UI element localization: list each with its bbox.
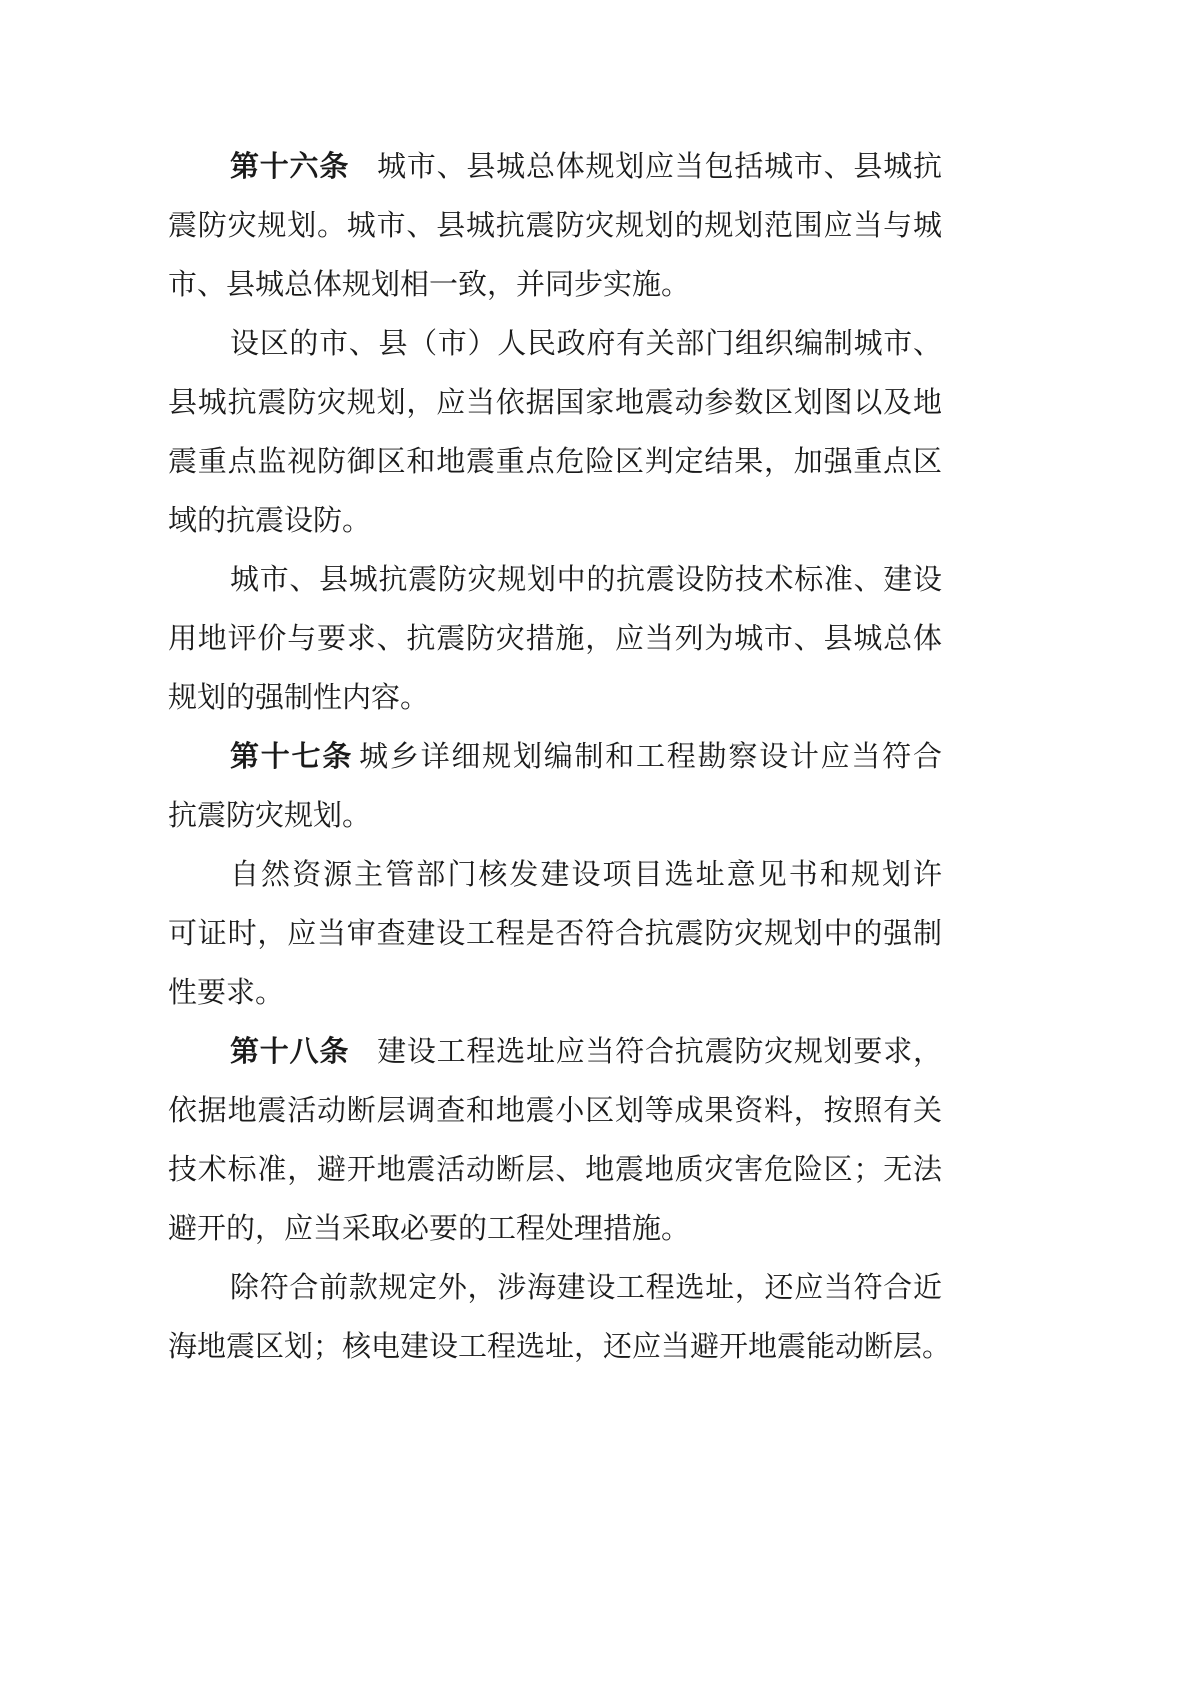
text-line: 抗震防灾规划。 <box>168 786 942 845</box>
text-line: 依据地震活动断层调查和地震小区划等成果资料，按照有关 <box>168 1081 942 1140</box>
document-page: 第十六条城市、县城总体规划应当包括城市、县城抗 震防灾规划。城市、县城抗震防灾规… <box>168 137 942 1376</box>
article-number: 第十八条 <box>230 1034 349 1068</box>
text-line: 避开的，应当采取必要的工程处理措施。 <box>168 1199 942 1258</box>
paragraph-article-16: 第十六条城市、县城总体规划应当包括城市、县城抗 震防灾规划。城市、县城抗震防灾规… <box>168 137 942 314</box>
text-line: 第十六条城市、县城总体规划应当包括城市、县城抗 <box>168 137 942 196</box>
line-text: 建设工程选址应当符合抗震防灾规划要求， <box>377 1034 942 1068</box>
article-number: 第十七条 <box>230 739 353 773</box>
line-text: 城市、县城总体规划应当包括城市、县城抗 <box>377 149 942 183</box>
text-line: 域的抗震设防。 <box>168 491 942 550</box>
paragraph: 设区的市、县（市）人民政府有关部门组织编制城市、 县城抗震防灾规划，应当依据国家… <box>168 314 942 550</box>
text-line: 第十八条建设工程选址应当符合抗震防灾规划要求， <box>168 1022 942 1081</box>
text-line: 海地震区划；核电建设工程选址，还应当避开地震能动断层。 <box>168 1317 942 1376</box>
text-line: 震防灾规划。城市、县城抗震防灾规划的规划范围应当与城 <box>168 196 942 255</box>
paragraph: 城市、县城抗震防灾规划中的抗震设防技术标准、建设 用地评价与要求、抗震防灾措施，… <box>168 550 942 727</box>
paragraph-article-18: 第十八条建设工程选址应当符合抗震防灾规划要求， 依据地震活动断层调查和地震小区划… <box>168 1022 942 1258</box>
text-line: 性要求。 <box>168 963 942 1022</box>
line-text: 城乡详细规划编制和工程勘察设计应当符合 <box>359 739 942 773</box>
text-line: 震重点监视防御区和地震重点危险区判定结果，加强重点区 <box>168 432 942 491</box>
text-line: 自然资源主管部门核发建设项目选址意见书和规划许 <box>168 845 942 904</box>
paragraph: 自然资源主管部门核发建设项目选址意见书和规划许 可证时，应当审查建设工程是否符合… <box>168 845 942 1022</box>
text-line: 市、县城总体规划相一致，并同步实施。 <box>168 255 942 314</box>
article-number: 第十六条 <box>230 149 349 183</box>
text-line: 城市、县城抗震防灾规划中的抗震设防技术标准、建设 <box>168 550 942 609</box>
text-line: 用地评价与要求、抗震防灾措施，应当列为城市、县城总体 <box>168 609 942 668</box>
text-line: 技术标准，避开地震活动断层、地震地质灾害危险区；无法 <box>168 1140 942 1199</box>
text-line: 设区的市、县（市）人民政府有关部门组织编制城市、 <box>168 314 942 373</box>
text-line: 规划的强制性内容。 <box>168 668 942 727</box>
text-line: 第十七条城乡详细规划编制和工程勘察设计应当符合 <box>168 727 942 786</box>
text-line: 除符合前款规定外，涉海建设工程选址，还应当符合近 <box>168 1258 942 1317</box>
text-line: 可证时，应当审查建设工程是否符合抗震防灾规划中的强制 <box>168 904 942 963</box>
text-line: 县城抗震防灾规划，应当依据国家地震动参数区划图以及地 <box>168 373 942 432</box>
paragraph-article-17: 第十七条城乡详细规划编制和工程勘察设计应当符合 抗震防灾规划。 <box>168 727 942 845</box>
paragraph: 除符合前款规定外，涉海建设工程选址，还应当符合近 海地震区划；核电建设工程选址，… <box>168 1258 942 1376</box>
